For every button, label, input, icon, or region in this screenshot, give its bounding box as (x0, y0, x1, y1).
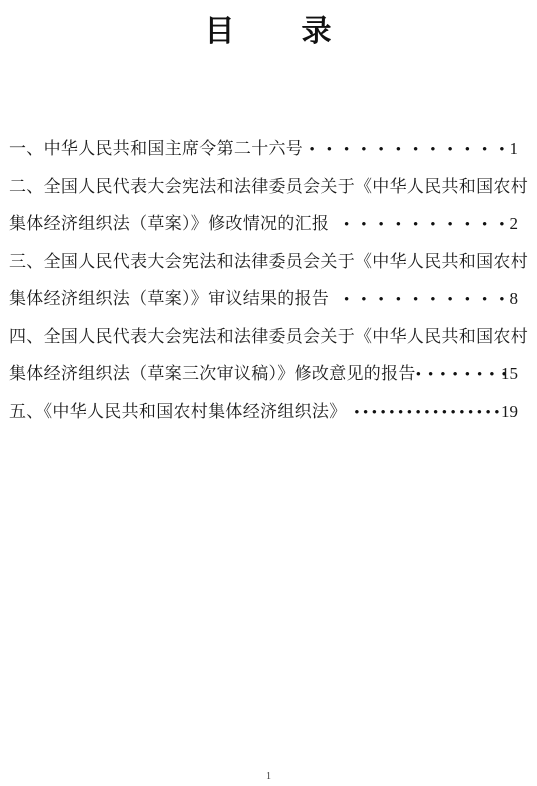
toc-entry-text: 集体经济组织法（草案三次审议稿）》修改意见的报告 (9, 355, 416, 393)
toc-line: 一、中华人民共和国主席令第二十六号 •••••••••••• 1 (9, 130, 518, 168)
toc-entry-text: 一、中华人民共和国主席令第二十六号 (9, 130, 303, 168)
toc-entry-text: 集体经济组织法（草案）》修改情况的汇报 (9, 205, 329, 243)
toc-line: 五、《中华人民共和国农村集体经济组织法》 ••••••••••••••••• 1… (9, 393, 518, 431)
toc-line: 四、全国人民代表大会宪法和法律委员会关于《中华人民共和国农村 (9, 318, 518, 356)
page-title: 目 录 (0, 6, 537, 50)
dot-leader: •••••••••••• (303, 132, 516, 170)
toc-entry-text: 四、全国人民代表大会宪法和法律委员会关于《中华人民共和国农村 (9, 327, 528, 346)
footer-page-number: 1 (0, 771, 537, 782)
toc-entry-text: 三、全国人民代表大会宪法和法律委员会关于《中华人民共和国农村 (9, 252, 528, 271)
toc-line: 三、全国人民代表大会宪法和法律委员会关于《中华人民共和国农村 (9, 243, 518, 281)
title-char-right: 录 (302, 6, 333, 50)
table-of-contents: 一、中华人民共和国主席令第二十六号 •••••••••••• 1 二、全国人民代… (0, 130, 537, 430)
page-number: 19 (501, 393, 518, 431)
toc-entry-text: 集体经济组织法（草案）》审议结果的报告 (9, 280, 329, 318)
dot-leader: •••••••••• (329, 282, 516, 320)
page-number: 8 (510, 280, 519, 318)
title-char-left: 目 (205, 6, 236, 50)
toc-line: 二、全国人民代表大会宪法和法律委员会关于《中华人民共和国农村 (9, 168, 518, 206)
document-page: 目 录 一、中华人民共和国主席令第二十六号 •••••••••••• 1 二、全… (0, 0, 537, 786)
toc-line: 集体经济组织法（草案）》修改情况的汇报 •••••••••• 2 (9, 205, 518, 243)
page-number: 2 (510, 205, 519, 243)
page-number: 1 (510, 130, 519, 168)
toc-line: 集体经济组织法（草案三次审议稿）》修改意见的报告 •••••••• 15 (9, 355, 518, 393)
toc-entry-text: 五、《中华人民共和国农村集体经济组织法》 (9, 393, 347, 431)
toc-entry-text: 二、全国人民代表大会宪法和法律委员会关于《中华人民共和国农村 (9, 177, 528, 196)
page-number: 15 (501, 355, 518, 393)
dot-leader: ••••••••••••••••• (347, 395, 504, 433)
dot-leader: •••••••• (416, 357, 507, 395)
toc-line: 集体经济组织法（草案）》审议结果的报告 •••••••••• 8 (9, 280, 518, 318)
dot-leader: •••••••••• (329, 207, 516, 245)
